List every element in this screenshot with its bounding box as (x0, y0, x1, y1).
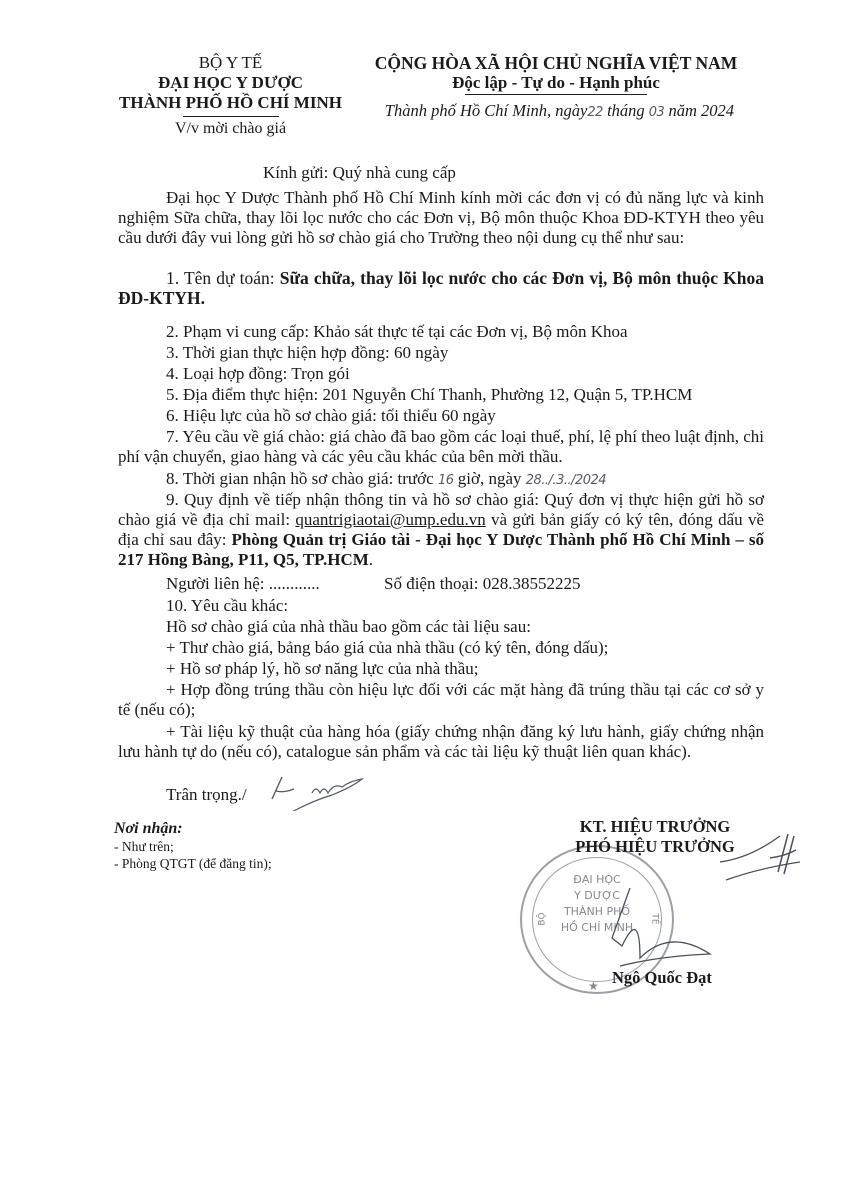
date-month-label: tháng (607, 101, 645, 120)
item-9: 9. Quy định về tiếp nhận thông tin và hồ… (118, 490, 764, 570)
national-header: CỘNG HÒA XÃ HỘI CHỦ NGHĨA VIỆT NAM Độc l… (370, 53, 742, 123)
item-8-date-handwritten: 28../.3../2024 (526, 473, 606, 488)
item-10: 10. Yêu cầu khác: (166, 596, 288, 616)
item-8-hour-handwritten: 16 (438, 473, 454, 488)
document-list-item: + Thư chào giá, bảng báo giá của nhà thầ… (166, 638, 608, 658)
recipient-item: - Như trên; (114, 838, 272, 855)
document-list-item: + Tài liệu kỹ thuật của hàng hóa (giấy c… (118, 722, 764, 762)
item-8-mid: giờ, ngày (453, 469, 525, 488)
motto-underline (465, 94, 647, 95)
date-prefix: Thành phố Hồ Chí Minh, ngày (385, 101, 588, 120)
intro-paragraph: Đại học Y Dược Thành phố Hồ Chí Minh kín… (118, 188, 764, 248)
date-year: năm 2024 (668, 101, 734, 120)
university-name-line2: THÀNH PHỐ HỒ CHÍ MINH (118, 93, 343, 113)
country-name: CỘNG HÒA XÃ HỘI CHỦ NGHĨA VIỆT NAM (370, 53, 742, 73)
item-10-intro: Hồ sơ chào giá của nhà thầu bao gồm các … (166, 617, 531, 637)
document-list-item: + Hợp đồng trúng thầu còn hiệu lực đối v… (118, 680, 764, 720)
email-link[interactable]: quantrigiaotai@ump.edu.vn (295, 510, 485, 529)
item-1: 1. Tên dự toán: Sữa chữa, thay lõi lọc n… (118, 268, 764, 308)
recipients: Nơi nhận: - Như trên; - Phòng QTGT (để đ… (114, 820, 272, 872)
greeting: Kính gửi: Quý nhà cung cấp (263, 163, 456, 183)
date-month-handwritten: 03 (649, 105, 665, 120)
closing: Trân trọng./ (166, 785, 247, 805)
ministry-name: BỘ Y TẾ (118, 53, 343, 73)
recipients-label: Nơi nhận: (114, 820, 272, 838)
date-line: Thành phố Hồ Chí Minh, ngày22 tháng 03 n… (370, 101, 742, 123)
university-name-line1: ĐẠI HỌC Y DƯỢC (118, 73, 343, 93)
contact-phone: Số điện thoại: 028.38552225 (384, 574, 580, 594)
item-4: 4. Loại hợp đồng: Trọn gói (166, 364, 350, 384)
seal-side-left: BỘ (533, 912, 553, 925)
document-list-item: + Hồ sơ pháp lý, hồ sơ năng lực của nhà … (166, 659, 479, 679)
date-day-handwritten: 22 (587, 105, 603, 120)
item-2: 2. Phạm vi cung cấp: Khảo sát thực tế tạ… (166, 322, 628, 342)
item-6: 6. Hiệu lực của hồ sơ chào giá: tối thiể… (166, 406, 496, 426)
item-5: 5. Địa điểm thực hiện: 201 Nguyễn Chí Th… (166, 385, 692, 405)
item-1-label: 1. Tên dự toán: (166, 268, 280, 288)
item-8-label: 8. Thời gian nhận hồ sơ chào giá: trước (166, 469, 438, 488)
initials-signature-icon (264, 771, 374, 811)
signer-name: Ngô Quốc Đạt (612, 968, 712, 988)
document-subject: V/v mời chào giá (118, 119, 343, 139)
item-8: 8. Thời gian nhận hồ sơ chào giá: trước … (166, 469, 606, 491)
recipient-item: - Phòng QTGT (để đăng tin); (114, 855, 272, 872)
item-3: 3. Thời gian thực hiện hợp đồng: 60 ngày (166, 343, 448, 363)
handwritten-signature-icon (600, 828, 800, 978)
item-7: 7. Yêu cầu về giá chào: giá chào đã bao … (118, 427, 764, 467)
contact-person: Người liên hệ: ............ (166, 574, 320, 594)
issuer-block: BỘ Y TẾ ĐẠI HỌC Y DƯỢC THÀNH PHỐ HỒ CHÍ … (118, 53, 343, 139)
header-divider (183, 116, 279, 117)
star-icon: ★ (588, 976, 599, 996)
closing-text: Trân trọng./ (166, 785, 247, 804)
national-motto: Độc lập - Tự do - Hạnh phúc (370, 73, 742, 93)
item-9-end: . (369, 550, 373, 569)
